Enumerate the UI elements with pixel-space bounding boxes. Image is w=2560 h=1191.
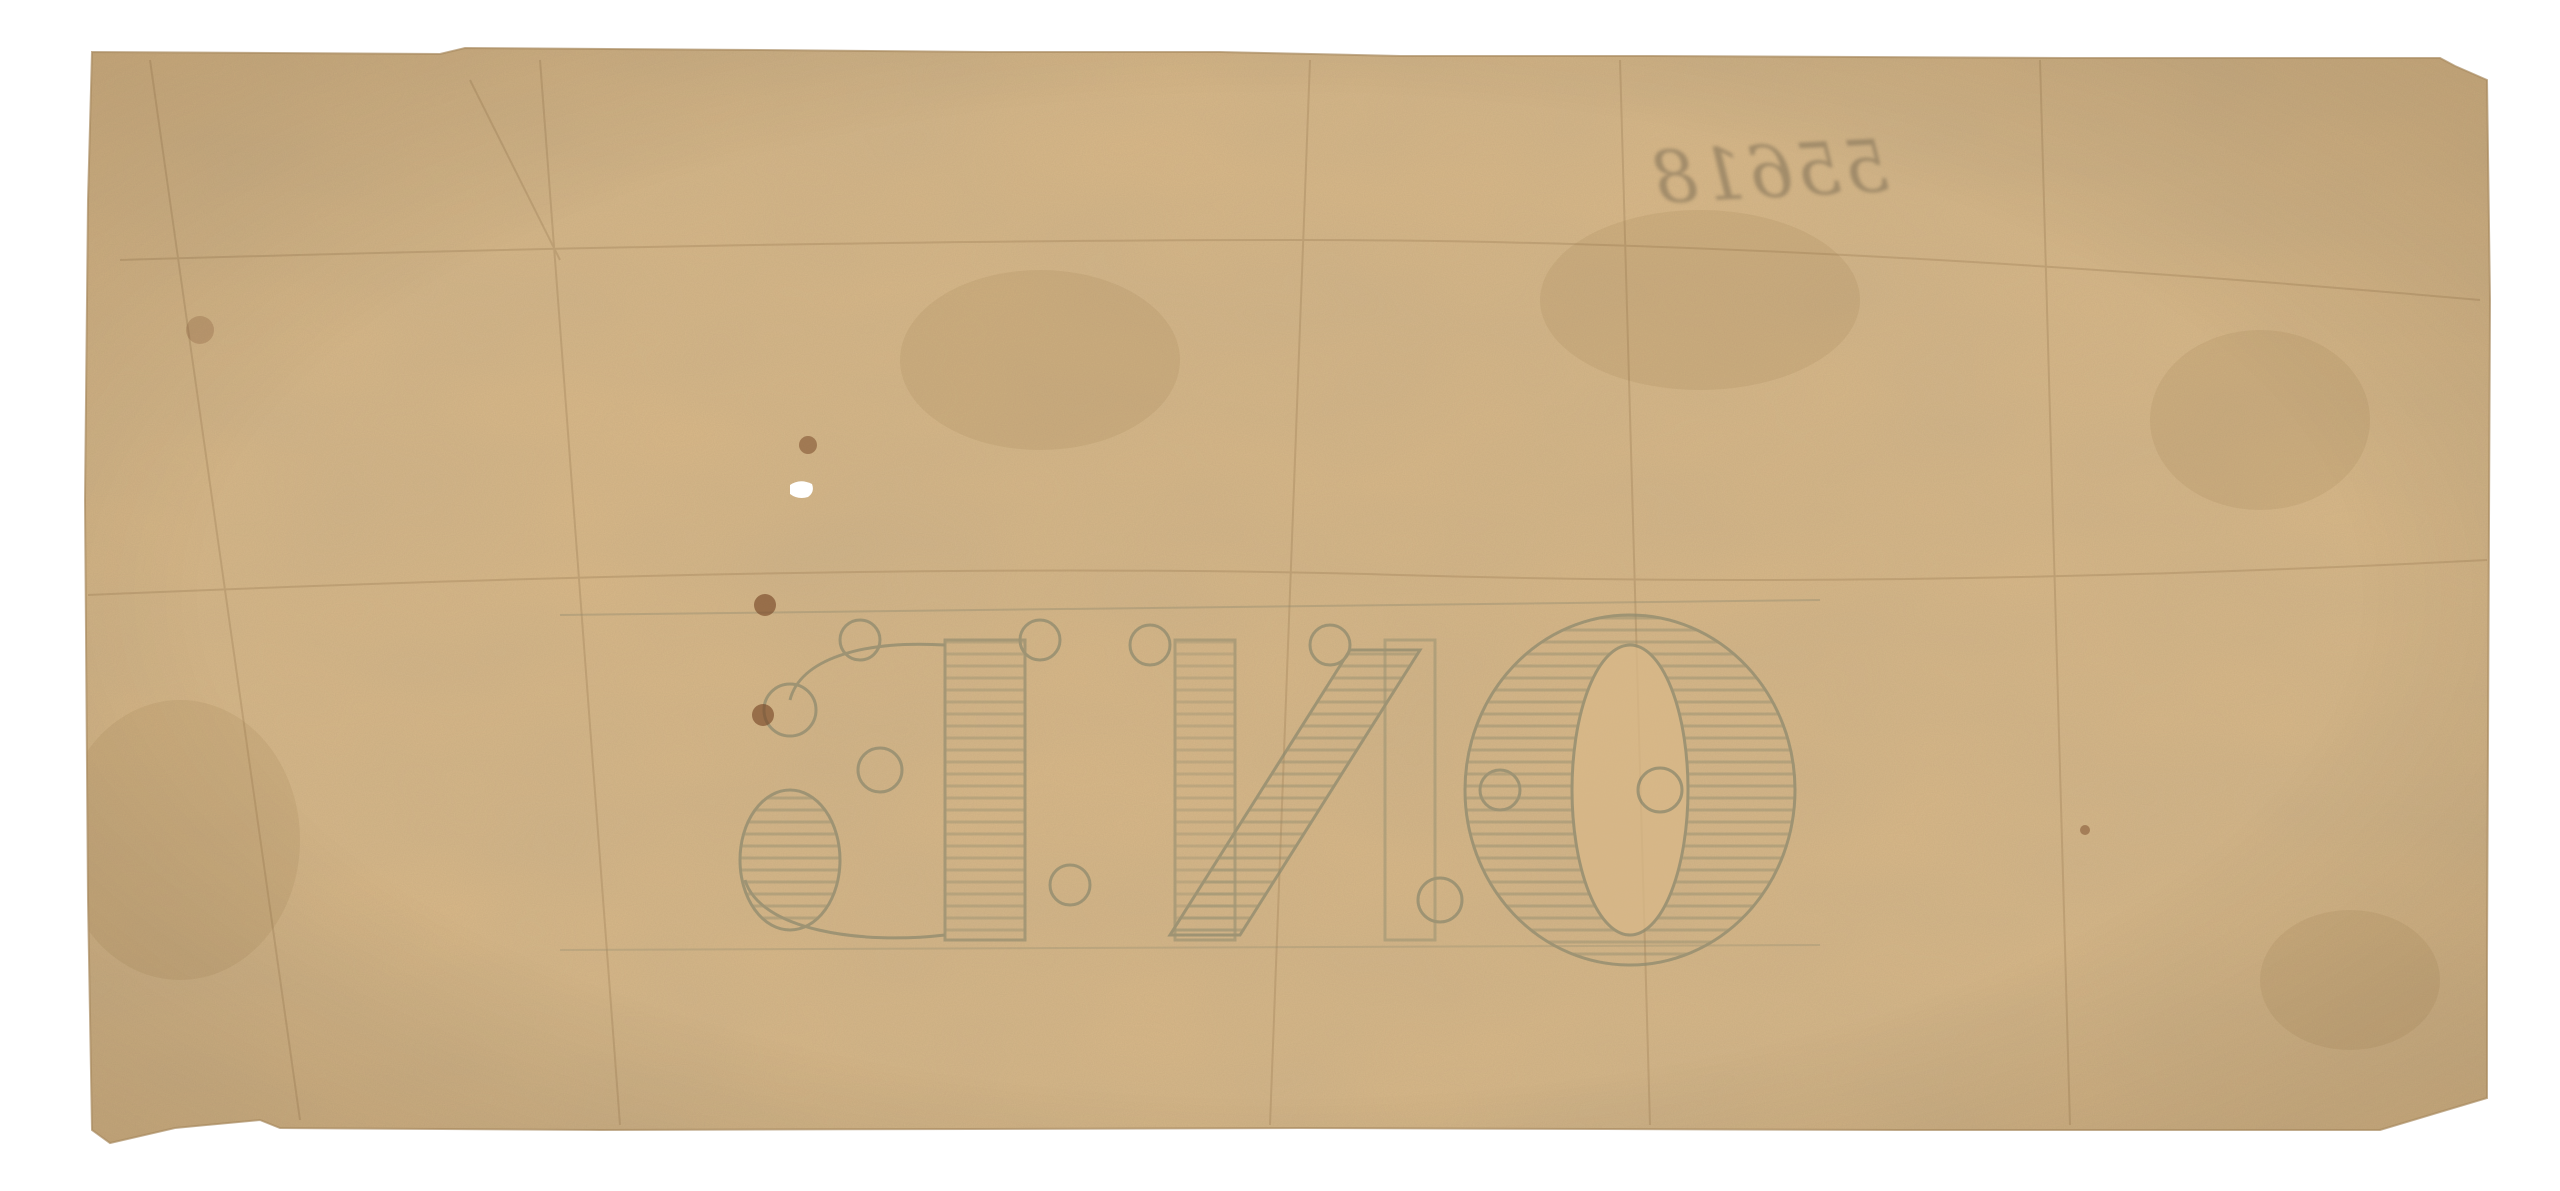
handwritten-serial-bleedthrough: 55618 xyxy=(1648,124,1891,220)
paper-sheet xyxy=(0,0,2560,1191)
banknote-photo xyxy=(0,0,2560,1191)
